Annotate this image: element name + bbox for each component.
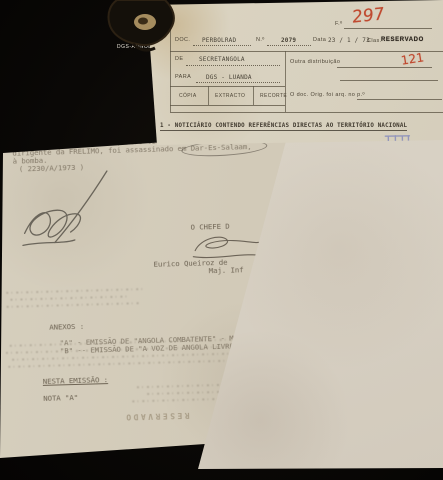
burned-corner bbox=[103, 0, 185, 58]
signature-rank: Maj. Inf bbox=[209, 265, 244, 275]
ghost-text-line bbox=[6, 288, 146, 294]
reservado-stamp: RESERVADO bbox=[381, 37, 424, 43]
chefe-line: O CHEFE D bbox=[190, 222, 229, 232]
subject-line: 1 - NOTICIÁRIO CONTENDO REFERÊNCIAS DIRE… bbox=[160, 123, 407, 131]
nota-a-label: NOTA "A" bbox=[43, 393, 78, 403]
pencil-scribble bbox=[15, 169, 127, 262]
extracto-cell-label: EXTRACTO bbox=[215, 93, 245, 99]
de-value: SECRETANGOLA bbox=[199, 56, 245, 63]
date-value: 23 / 1 / 73 bbox=[328, 37, 370, 44]
ghost-text-line bbox=[7, 302, 142, 308]
ghost-text-line bbox=[8, 359, 258, 368]
nesta-emissao-label: NESTA EMISSÃO : bbox=[43, 375, 108, 386]
date-label: Data bbox=[313, 37, 326, 43]
anexos-label: ANEXOS : bbox=[49, 322, 84, 332]
ghost-text-line bbox=[10, 295, 130, 300]
doc-number-value: 2079 bbox=[281, 37, 296, 44]
clas-label: Clas. bbox=[367, 38, 382, 44]
para-value: DGS - LUANDA bbox=[206, 74, 252, 81]
num-label: N.º bbox=[256, 37, 265, 43]
doc-type-value: PERBOLRAD bbox=[202, 37, 236, 44]
recorte-cell-label: RECORTE bbox=[260, 93, 287, 99]
arquivo-label: O doc. Orig. foi arq. no p.º bbox=[290, 92, 365, 98]
para-label: PARA bbox=[175, 74, 191, 80]
folio-label: F.º bbox=[335, 21, 343, 27]
folio-number-handwritten: 297 bbox=[352, 4, 385, 28]
copia-cell-label: CÓPIA bbox=[179, 93, 197, 99]
mirrored-reservado-stamp: RESERVADO bbox=[124, 411, 190, 422]
outra-distribuicao-handwritten: 121 bbox=[400, 50, 425, 67]
scanned-document-photo: DGS-ANGOLA Em 1969,outro líder africano … bbox=[0, 0, 443, 480]
outra-distribuicao-label: Outra distribuição bbox=[290, 59, 340, 65]
